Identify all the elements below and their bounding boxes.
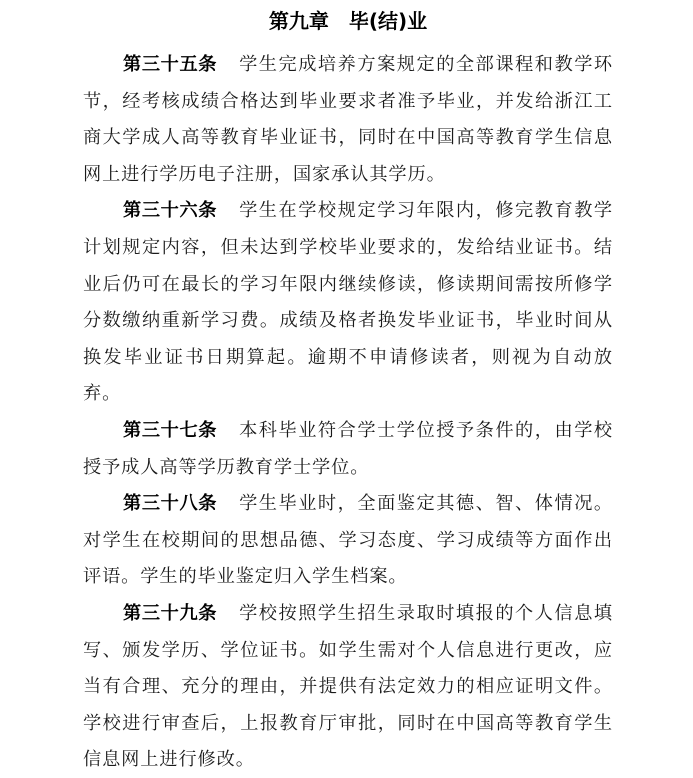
article-39: 第三十九条学校按照学生招生录取时填报的个人信息填写、颁发学历、学位证书。如学生需… (83, 596, 613, 778)
article-list: 第三十五条学生完成培养方案规定的全部课程和教学环节，经考核成绩合格达到毕业要求者… (83, 47, 613, 778)
article-35: 第三十五条学生完成培养方案规定的全部课程和教学环节，经考核成绩合格达到毕业要求者… (83, 47, 613, 193)
article-37: 第三十七条本科毕业符合学士学位授予条件的，由学校授予成人高等学历教育学士学位。 (83, 413, 613, 486)
chapter-title: 第九章 毕(结)业 (83, 6, 613, 36)
article-38: 第三十八条学生毕业时，全面鉴定其德、智、体情况。对学生在校期间的思想品德、学习态… (83, 486, 613, 596)
article-text: 学生在学校规定学习年限内，修完教育教学计划规定内容，但未达到学校毕业要求的，发给… (83, 200, 613, 404)
article-number: 第三十八条 (123, 493, 217, 514)
article-number: 第三十九条 (123, 603, 217, 624)
article-number: 第三十七条 (123, 420, 217, 441)
article-36: 第三十六条学生在学校规定学习年限内，修完教育教学计划规定内容，但未达到学校毕业要… (83, 193, 613, 413)
article-number: 第三十六条 (123, 200, 217, 221)
article-number: 第三十五条 (123, 54, 217, 75)
article-text: 学校按照学生招生录取时填报的个人信息填写、颁发学历、学位证书。如学生需对个人信息… (83, 603, 613, 770)
